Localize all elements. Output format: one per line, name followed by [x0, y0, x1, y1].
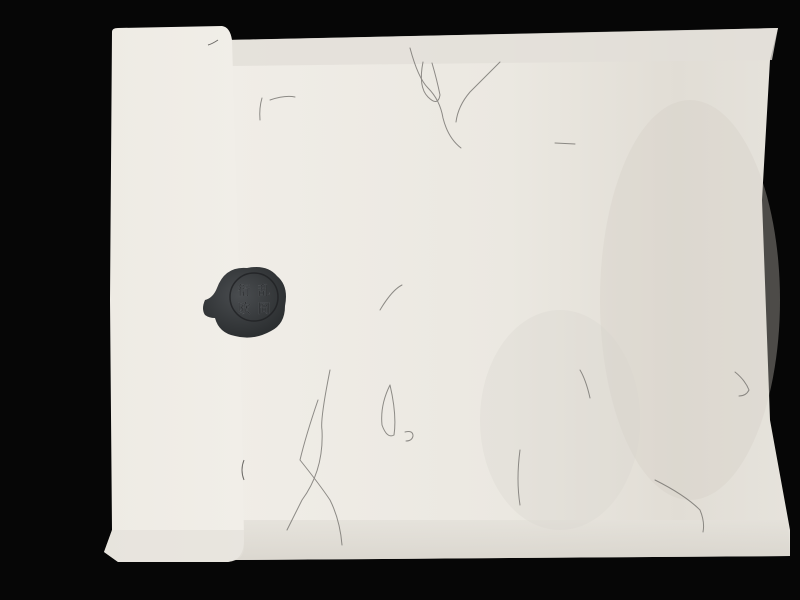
seal-character: 乱: [257, 284, 270, 299]
envelope-photo: 衍 乱 欧 冏: [0, 0, 800, 600]
photo-scene: 衍 乱 欧 冏 Handmade paper envelope sealed w…: [0, 0, 800, 600]
seal-character: 衍: [237, 284, 250, 299]
seal-character: 冏: [257, 302, 270, 317]
envelope-body: [228, 28, 790, 560]
seal-character: 欧: [237, 302, 250, 317]
